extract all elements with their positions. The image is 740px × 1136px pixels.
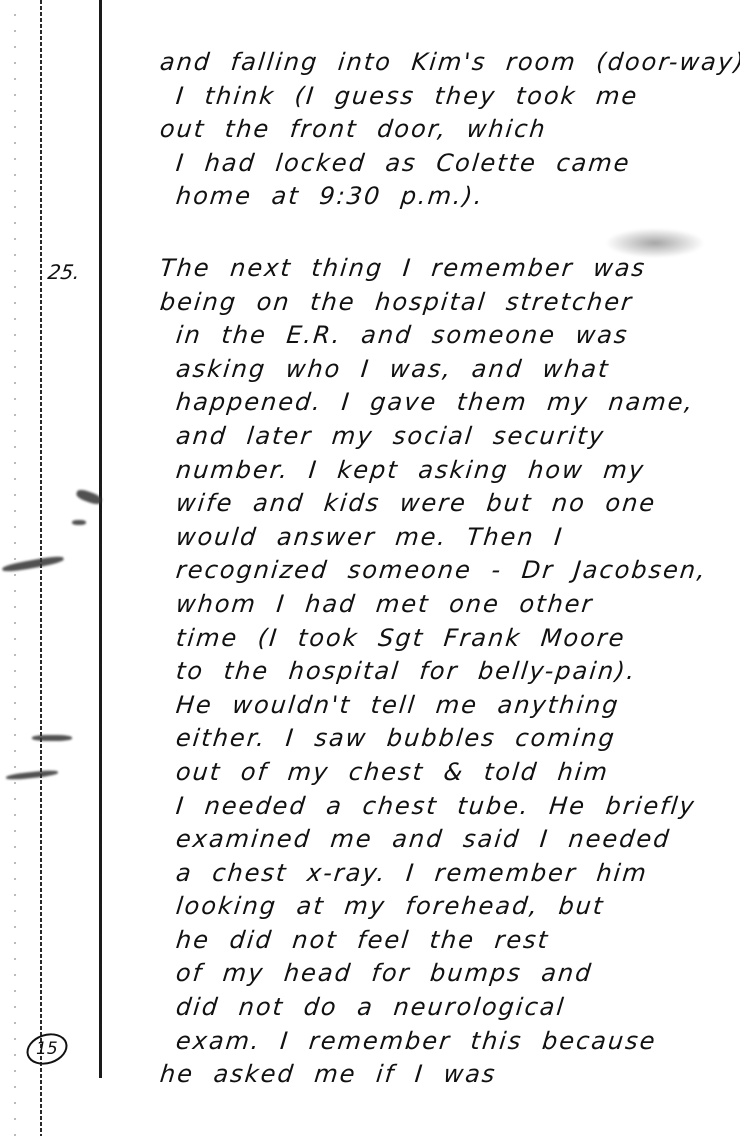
outer-margin-line [40,0,42,1136]
text-line: exam. I remember this because [158,1025,722,1059]
text-line: a chest x-ray. I remember him [158,857,722,891]
text-line: home at 9:30 p.m.). [158,180,722,214]
text-line: either. I saw bubbles coming [158,722,722,756]
text-line: he asked me if I was [158,1058,722,1092]
text-line: whom I had met one other [158,588,722,622]
text-line: would answer me. Then I [158,521,722,555]
text-line: asking who I was, and what [158,353,722,387]
page-number-text: 15 [36,1039,58,1059]
scan-smudge [32,735,72,741]
text-line: recognized someone - Dr Jacobsen, [158,554,722,588]
page-number-circled: 15 [22,1028,71,1070]
paragraph-continuation: and falling into Kim's room (door-way) I… [160,46,720,214]
text-line: happened. I gave them my name, [158,386,722,420]
scan-smudge [72,520,86,525]
inner-margin-line [99,0,102,1078]
text-line: and falling into Kim's room (door-way) [158,46,722,80]
text-line: He wouldn't tell me anything [158,689,722,723]
text-line: in the E.R. and someone was [158,319,722,353]
text-line: and later my social security [158,420,722,454]
text-line: looking at my forehead, but [158,890,722,924]
text-line: number. I kept asking how my [158,454,722,488]
text-line: out of my chest & told him [158,756,722,790]
text-line: he did not feel the rest [158,924,722,958]
text-line: did not do a neurological [158,991,722,1025]
text-line: out the front door, which [158,113,722,147]
text-line: I had locked as Colette came [158,147,722,181]
text-line: I think (I guess they took me [158,80,722,114]
text-line: The next thing I remember was [158,252,722,286]
text-line: to the hospital for belly-pain). [158,655,722,689]
text-line: of my head for bumps and [158,957,722,991]
text-line: being on the hospital stretcher [158,286,722,320]
paragraph-25: The next thing I remember was being on t… [160,252,720,1092]
text-line: time (I took Sgt Frank Moore [158,622,722,656]
scan-smudge [2,555,64,574]
paragraph-number: 25. [46,260,81,284]
text-line: examined me and said I needed [158,823,722,857]
text-line: I needed a chest tube. He briefly [158,790,722,824]
text-line: wife and kids were but no one [158,487,722,521]
